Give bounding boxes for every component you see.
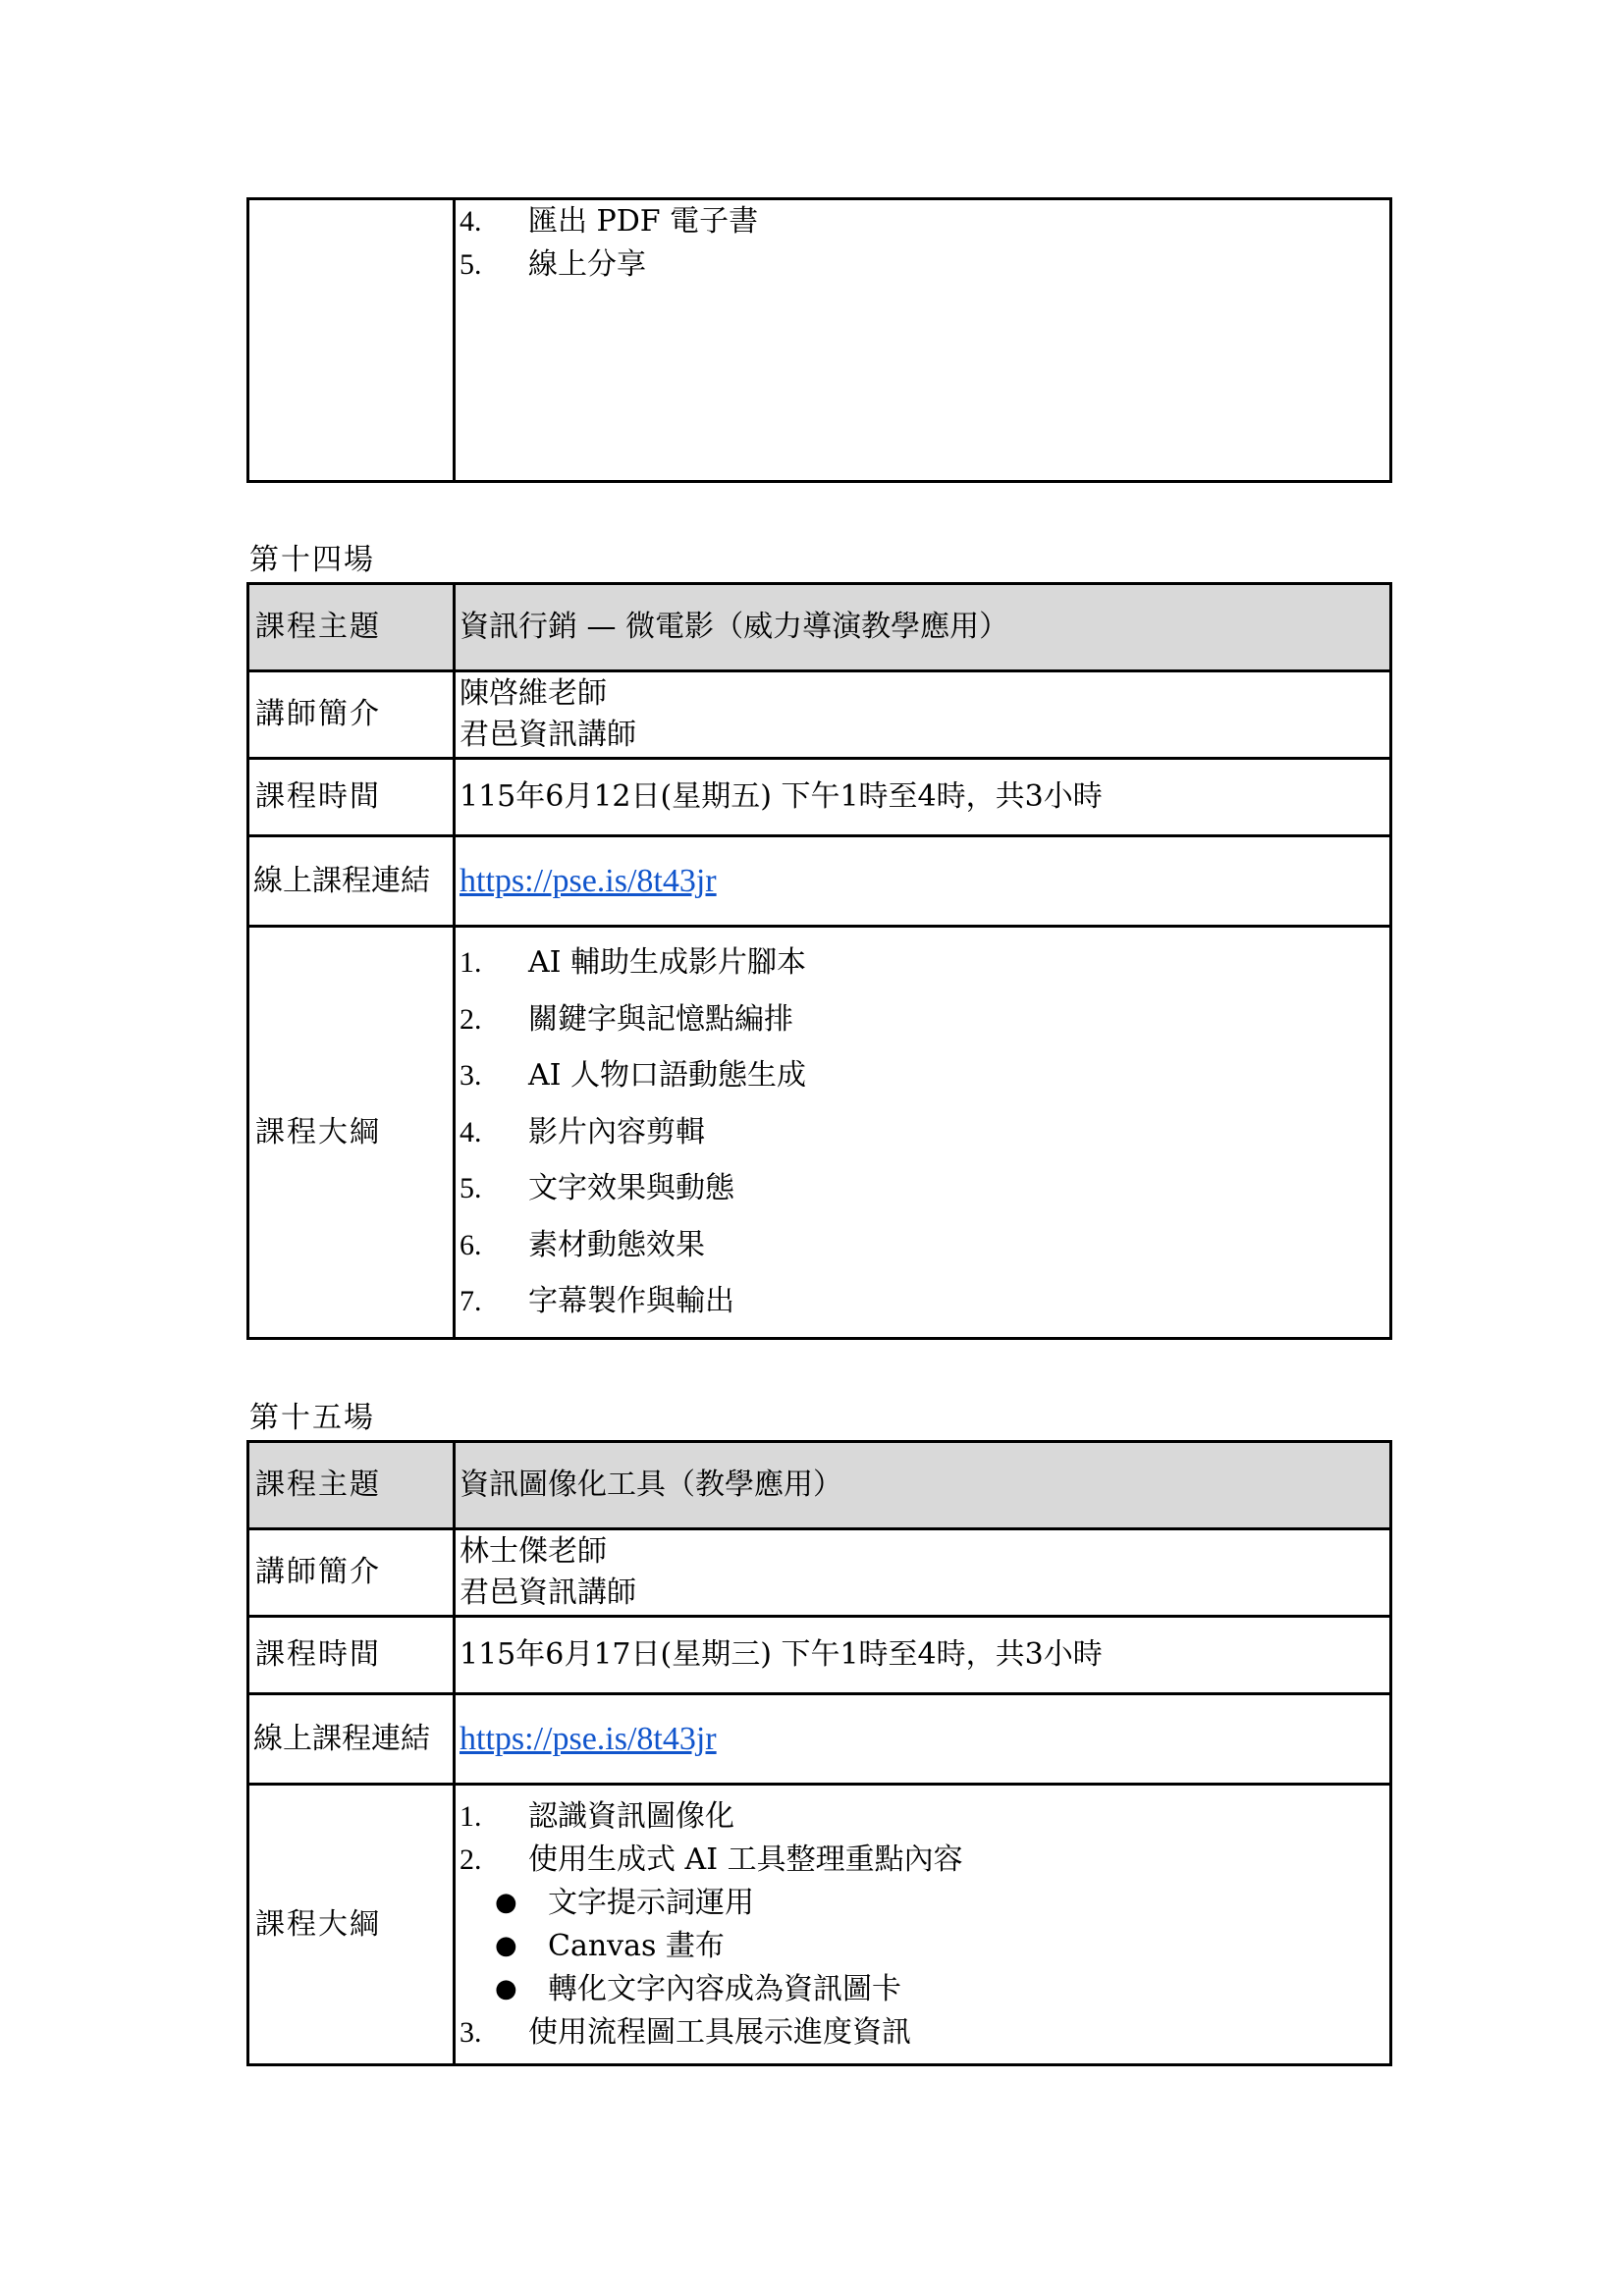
instructor-name: 林士傑老師 bbox=[460, 1531, 1389, 1573]
list-item: 3.使用流程圖工具展示進度資訊 bbox=[460, 2011, 1389, 2055]
sub-list-item: ●Canvas 畫布 bbox=[460, 1925, 1389, 1968]
outline-list: 1.認識資訊圖像化 2.使用生成式 AI 工具整理重點內容 ●文字提示詞運用 ●… bbox=[460, 1795, 1389, 2055]
session-heading: 第十四場 bbox=[249, 535, 375, 578]
outline-label: 課程大綱 bbox=[248, 927, 455, 1339]
sub-list-item: ●文字提示詞運用 bbox=[460, 1882, 1389, 1925]
outline-cell: 1.AI 輔助生成影片腳本 2.關鍵字與記憶點編排 3.AI 人物口語動態生成 … bbox=[455, 927, 1391, 1339]
instructor-label: 講師簡介 bbox=[248, 1529, 455, 1617]
outline-list: 4.匯出 PDF 電子書 5.線上分享 bbox=[460, 200, 1389, 287]
list-item: 2.使用生成式 AI 工具整理重點內容 bbox=[460, 1839, 1389, 1882]
topic-label: 課程主題 bbox=[248, 1442, 455, 1529]
time-value: 115年6月12日(星期五) 下午1時至4時，共3小時 bbox=[455, 759, 1391, 836]
online-course-link[interactable]: https://pse.is/8t43jr bbox=[460, 863, 717, 899]
sub-list-item: ●轉化文字內容成為資訊圖卡 bbox=[460, 1968, 1389, 2011]
link-cell: https://pse.is/8t43jr bbox=[455, 1694, 1391, 1785]
instructor-name: 陳啓維老師 bbox=[460, 673, 1389, 715]
instructor-value: 陳啓維老師 君邑資訊講師 bbox=[455, 671, 1391, 759]
list-item: 4.影片內容剪輯 bbox=[460, 1104, 1389, 1161]
list-item: 4.匯出 PDF 電子書 bbox=[460, 200, 1389, 243]
list-item: 5.線上分享 bbox=[460, 243, 1389, 287]
list-item: 1.認識資訊圖像化 bbox=[460, 1795, 1389, 1839]
session-heading: 第十五場 bbox=[249, 1393, 375, 1436]
list-item: 5.文字效果與動態 bbox=[460, 1160, 1389, 1217]
list-item: 7.字幕製作與輸出 bbox=[460, 1273, 1389, 1330]
outline-cell: 1.認識資訊圖像化 2.使用生成式 AI 工具整理重點內容 ●文字提示詞運用 ●… bbox=[455, 1785, 1391, 2065]
continuation-table: 4.匯出 PDF 電子書 5.線上分享 bbox=[246, 197, 1392, 483]
outline-cell: 4.匯出 PDF 電子書 5.線上分享 bbox=[455, 199, 1391, 482]
list-item: 6.素材動態效果 bbox=[460, 1217, 1389, 1274]
link-cell: https://pse.is/8t43jr bbox=[455, 836, 1391, 927]
list-item: 3.AI 人物口語動態生成 bbox=[460, 1047, 1389, 1104]
topic-value: 資訊圖像化工具（教學應用） bbox=[455, 1442, 1391, 1529]
instructor-title: 君邑資訊講師 bbox=[460, 715, 1389, 756]
session-table: 課程主題 資訊行銷 — 微電影（威力導演教學應用） 講師簡介 陳啓維老師 君邑資… bbox=[246, 582, 1392, 1340]
link-label: 線上課程連結 bbox=[248, 836, 455, 927]
topic-value: 資訊行銷 — 微電影（威力導演教學應用） bbox=[455, 584, 1391, 671]
instructor-title: 君邑資訊講師 bbox=[460, 1573, 1389, 1614]
time-label: 課程時間 bbox=[248, 1617, 455, 1694]
list-item: 1.AI 輔助生成影片腳本 bbox=[460, 934, 1389, 991]
bullet-icon: ● bbox=[460, 1928, 548, 1965]
instructor-label: 講師簡介 bbox=[248, 671, 455, 759]
empty-label-cell bbox=[248, 199, 455, 482]
outline-list: 1.AI 輔助生成影片腳本 2.關鍵字與記憶點編排 3.AI 人物口語動態生成 … bbox=[460, 934, 1389, 1330]
link-label: 線上課程連結 bbox=[248, 1694, 455, 1785]
list-item: 2.關鍵字與記憶點編排 bbox=[460, 991, 1389, 1048]
session-table: 課程主題 資訊圖像化工具（教學應用） 講師簡介 林士傑老師 君邑資訊講師 課程時… bbox=[246, 1440, 1392, 2066]
time-label: 課程時間 bbox=[248, 759, 455, 836]
outline-label: 課程大綱 bbox=[248, 1785, 455, 2065]
bullet-icon: ● bbox=[460, 1971, 548, 2008]
topic-label: 課程主題 bbox=[248, 584, 455, 671]
online-course-link[interactable]: https://pse.is/8t43jr bbox=[460, 1721, 717, 1757]
time-value: 115年6月17日(星期三) 下午1時至4時，共3小時 bbox=[455, 1617, 1391, 1694]
bullet-icon: ● bbox=[460, 1885, 548, 1922]
instructor-value: 林士傑老師 君邑資訊講師 bbox=[455, 1529, 1391, 1617]
